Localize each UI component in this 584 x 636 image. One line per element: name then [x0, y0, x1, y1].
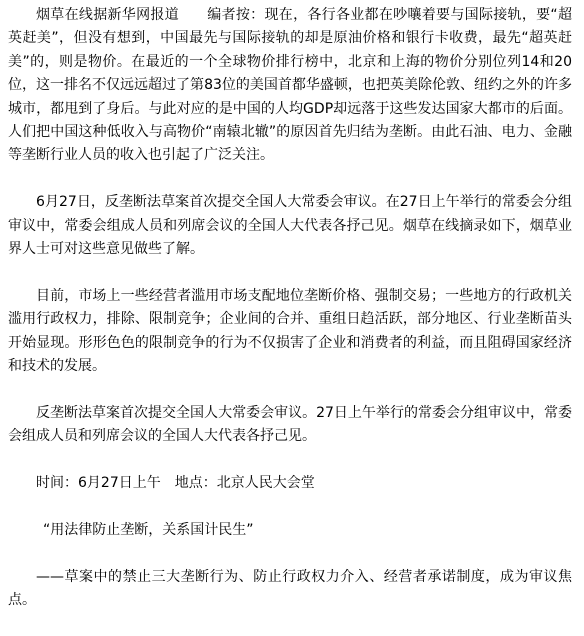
meeting-time: 时间：6月27日上午 — [36, 475, 161, 491]
paragraph-review-summary: 反垄断法草案首次提交全国人大常委会审议。27日上午举行的常委会分组审议中，常委会… — [8, 402, 572, 449]
meeting-place: 地点：北京人民大会堂 — [175, 475, 315, 491]
meeting-info: 时间：6月27日上午地点：北京人民大会堂 — [8, 472, 572, 495]
editor-note-text: 编者按：现在，各行各业都在吵嚷着要与国际接轨，要“超英赶美”，但没有想到，中国最… — [8, 7, 572, 163]
source-label: 烟草在线据新华网报道 — [36, 7, 179, 23]
paragraph-market-situation: 目前，市场上一些经营者滥用市场支配地位垄断价格、强制交易；一些地方的行政机关滥用… — [8, 285, 572, 379]
paragraph-draft-submitted: 6月27日，反垄断法草案首次提交全国人大常委会审议。在27日上午举行的常委会分组… — [8, 191, 572, 261]
subheading: “用法律防止垄断，关系国计民生” — [8, 519, 572, 542]
article-body: 烟草在线据新华网报道编者按：现在，各行各业都在吵嚷着要与国际接轨，要“超英赶美”… — [8, 4, 572, 552]
editor-note-paragraph: 烟草在线据新华网报道编者按：现在，各行各业都在吵嚷着要与国际接轨，要“超英赶美”… — [8, 4, 572, 168]
